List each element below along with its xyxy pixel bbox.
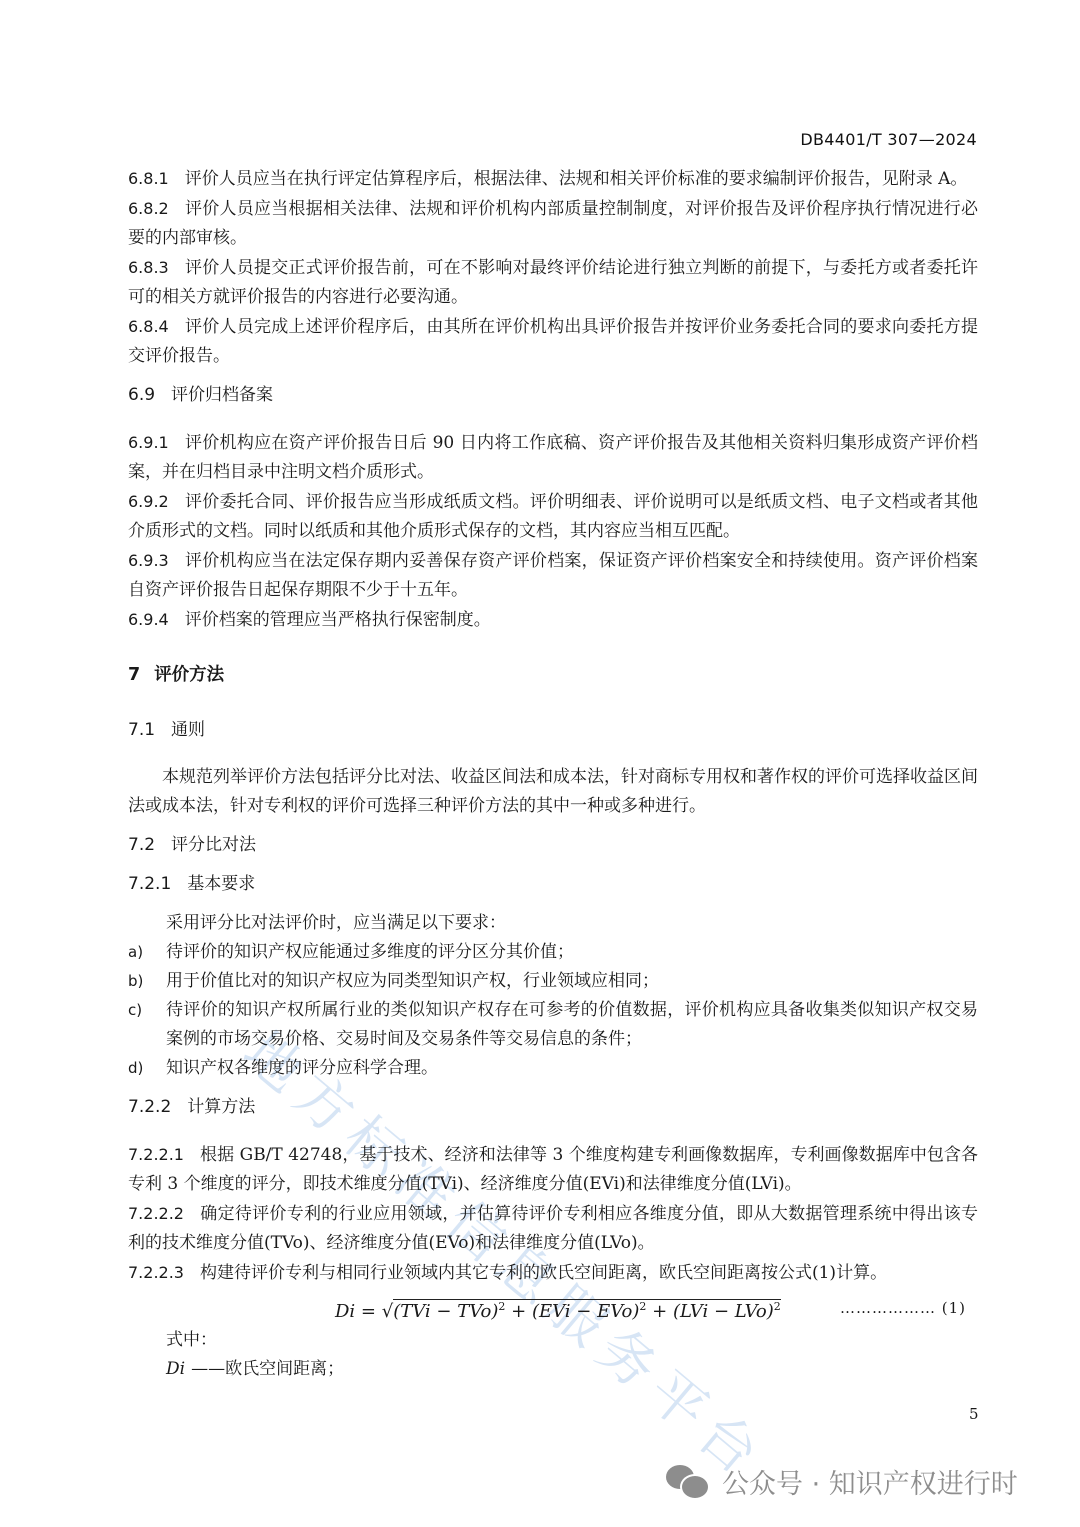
clause-7-2-2-2: 7.2.2.2确定待评价专利的行业应用领域，并估算待评价专利相应各维度分值，即从… xyxy=(128,1199,978,1258)
clause-7-2-2-1: 7.2.2.1根据 GB/T 42748，基于技术、经济和法律等 3 个维度构建… xyxy=(128,1140,978,1199)
clause-6-9-3: 6.9.3评价机构应当在法定保存期内妥善保存资产评价档案，保证资产评价档案安全和… xyxy=(128,546,978,605)
clause-6-9-2: 6.9.2评价委托合同、评价报告应当形成纸质文档。评价明细表、评价说明可以是纸质… xyxy=(128,487,978,546)
heading-7-2: 7.2评分比对法 xyxy=(128,831,978,860)
clause-6-8-4: 6.8.4评价人员完成上述评价程序后，由其所在评价机构出具评价报告并按评价业务委… xyxy=(128,312,978,371)
list-item: c)待评价的知识产权所属行业的类似知识产权存在可参考的价值数据，评价机构应具备收… xyxy=(128,996,978,1054)
clause-6-9-1: 6.9.1评价机构应在资产评价报告日后 90 日内将工作底稿、资产评价报告及其他… xyxy=(128,428,978,487)
brand-text: 公众号 · 知识产权进行时 xyxy=(722,1462,1018,1501)
heading-7: 7评价方法 xyxy=(128,661,978,690)
heading-7-2-2: 7.2.2计算方法 xyxy=(128,1093,978,1122)
paragraph-7-1: 本规范列举评价方法包括评分比对法、收益区间法和成本法，针对商标专用权和著作权的评… xyxy=(128,763,978,821)
heading-7-2-1: 7.2.1基本要求 xyxy=(128,870,978,899)
clause-6-8-2: 6.8.2评价人员应当根据相关法律、法规和评价机构内部质量控制制度，对评价报告及… xyxy=(128,194,978,253)
clause-6-8-1: 6.8.1评价人员应当在执行评定估算程序后，根据法律、法规和相关评价标准的要求编… xyxy=(128,164,978,194)
list-item: d)知识产权各维度的评分应科学合理。 xyxy=(128,1054,978,1083)
requirements-intro: 采用评分比对法评价时，应当满足以下要求： xyxy=(128,909,978,938)
where-label: 式中： xyxy=(128,1326,978,1355)
heading-6-9: 6.9评价归档备案 xyxy=(128,381,978,410)
heading-7-1: 7.1通则 xyxy=(128,716,978,745)
equation-number: ……………… (1) xyxy=(840,1294,966,1323)
wechat-icon xyxy=(666,1465,710,1499)
clause-6-9-4: 6.9.4评价档案的管理应当严格执行保密制度。 xyxy=(128,605,978,635)
document-code-header: DB4401/T 307—2024 xyxy=(800,130,977,149)
page-number: 5 xyxy=(969,1405,979,1423)
formula-1: Di = √(TVi − TVo)2 + (EVi − EVo)2 + (LVi… xyxy=(128,1290,978,1326)
list-item: a)待评价的知识产权应能通过多维度的评分区分其价值； xyxy=(128,938,978,967)
list-item: b)用于价值比对的知识产权应为同类型知识产权，行业领域应相同； xyxy=(128,967,978,996)
clause-6-8-3: 6.8.3评价人员提交正式评价报告前，可在不影响对最终评价结论进行独立判断的前提… xyxy=(128,253,978,312)
wechat-account-brand: 公众号 · 知识产权进行时 xyxy=(666,1462,1018,1501)
euclidean-distance-formula: Di = √(TVi − TVo)2 + (EVi − EVo)2 + (LVi… xyxy=(335,1292,781,1326)
variable-definition: Di——欧氏空间距离； xyxy=(128,1355,978,1384)
document-body: 6.8.1评价人员应当在执行评定估算程序后，根据法律、法规和相关评价标准的要求编… xyxy=(128,164,978,1384)
clause-7-2-2-3: 7.2.2.3构建待评价专利与相同行业领域内其它专利的欧氏空间距离，欧氏空间距离… xyxy=(128,1258,978,1288)
